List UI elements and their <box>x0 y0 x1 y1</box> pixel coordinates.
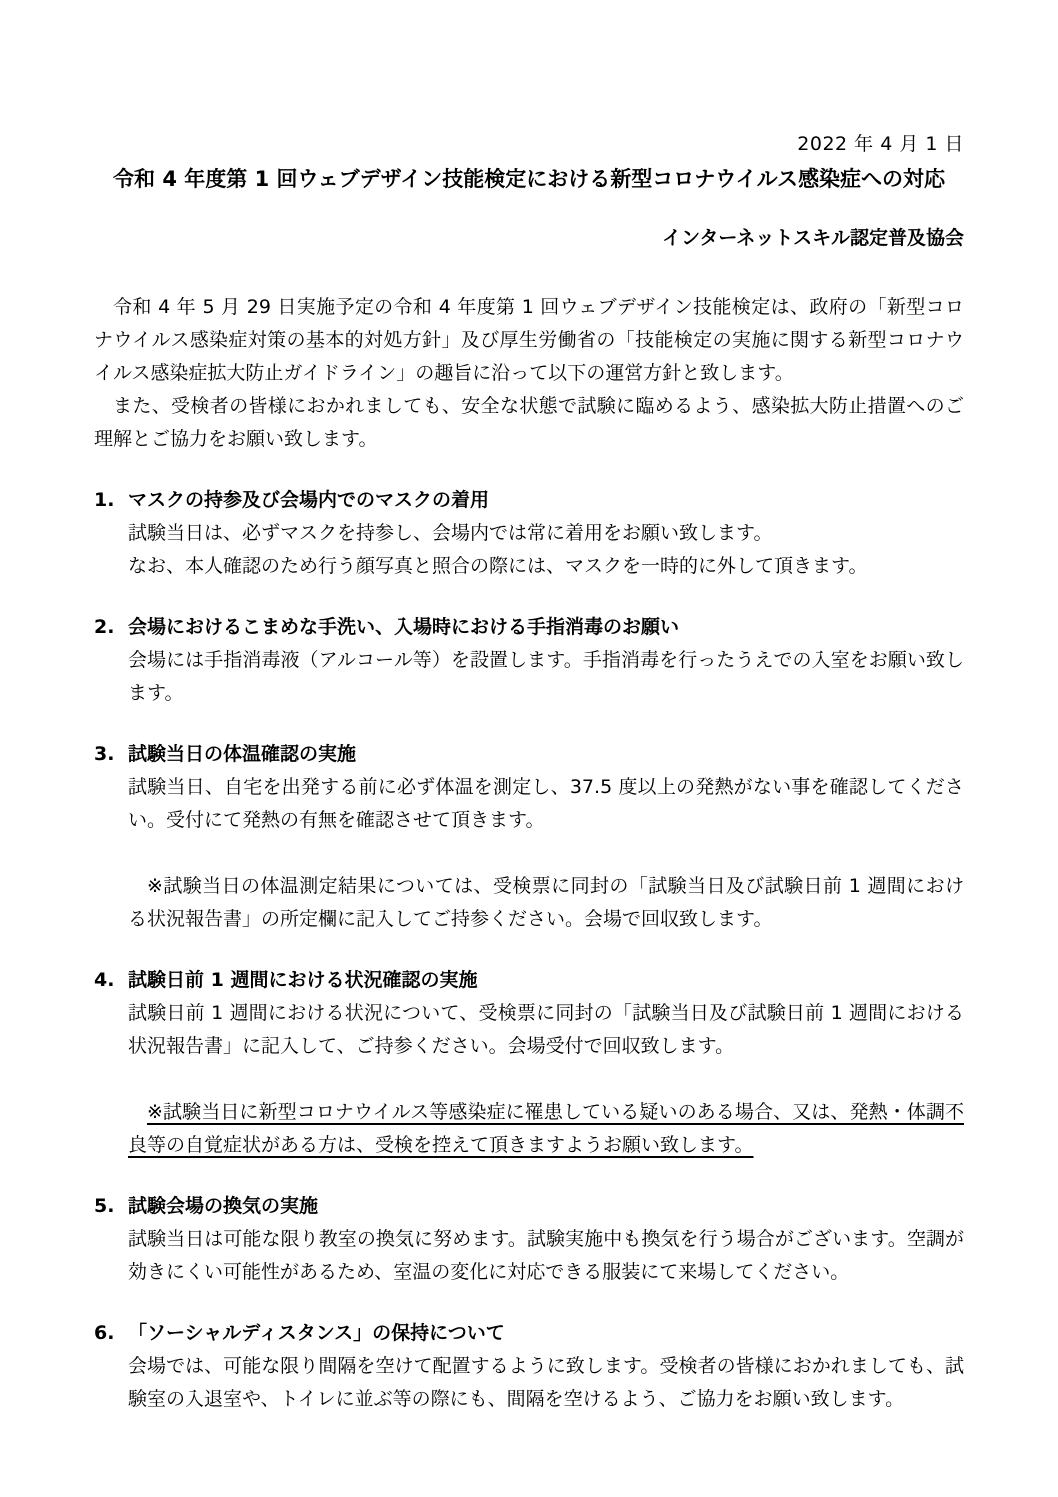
section-body: 会場には手指消毒液（アルコール等）を設置します。手指消毒を行ったうえでの入室をお… <box>128 644 964 710</box>
section-number: 2. <box>94 611 128 644</box>
section-4-week-before-status: 4. 試験日前 1 週間における状況確認の実施 試験日前 1 週間における状況に… <box>94 964 964 1162</box>
section-heading: 試験会場の換気の実施 <box>128 1190 318 1223</box>
section-heading-row: 6. 「ソーシャルディスタンス」の保持について <box>94 1317 964 1350</box>
document-date: 2022 年 4 月 1 日 <box>94 128 964 161</box>
section-number: 4. <box>94 964 128 997</box>
section-heading-row: 4. 試験日前 1 週間における状況確認の実施 <box>94 964 964 997</box>
issuing-organization: インターネットスキル認定普及協会 <box>94 222 964 255</box>
section-note: ※試験当日の体温測定結果については、受検票に同封の「試験当日及び試験日前 1 週… <box>128 870 964 936</box>
section-heading-row: 1. マスクの持参及び会場内でのマスクの着用 <box>94 484 964 517</box>
section-heading: 試験当日の体温確認の実施 <box>128 738 356 771</box>
section-heading-row: 2. 会場におけるこまめな手洗い、入場時における手指消毒のお願い <box>94 611 964 644</box>
section-body: 試験当日は可能な限り教室の換気に努めます。試験実施中も換気を行う場合がございます… <box>128 1223 964 1289</box>
section-text: 会場には手指消毒液（アルコール等）を設置します。手指消毒を行ったうえでの入室をお… <box>128 644 964 710</box>
section-body: 試験当日は、必ずマスクを持参し、会場内では常に着用をお願い致します。 なお、本人… <box>128 517 964 583</box>
section-body: 試験日前 1 週間における状況について、受検票に同封の「試験当日及び試験日前 1… <box>128 997 964 1162</box>
section-heading: 「ソーシャルディスタンス」の保持について <box>128 1317 505 1350</box>
section-text: 試験当日は可能な限り教室の換気に努めます。試験実施中も換気を行う場合がございます… <box>128 1223 964 1289</box>
section-text: 会場では、可能な限り間隔を空けて配置するように致します。受検者の皆様におかれまし… <box>128 1350 964 1416</box>
section-note-underlined: ※試験当日に新型コロナウイルス等感染症に罹患している疑いのある場合、又は、発熱・… <box>128 1096 964 1162</box>
section-heading: 試験日前 1 週間における状況確認の実施 <box>128 964 477 997</box>
section-1-mask: 1. マスクの持参及び会場内でのマスクの着用 試験当日は、必ずマスクを持参し、会… <box>94 484 964 583</box>
section-heading-row: 5. 試験会場の換気の実施 <box>94 1190 964 1223</box>
section-text-line: 試験当日は、必ずマスクを持参し、会場内では常に着用をお願い致します。 <box>128 517 964 550</box>
section-number: 5. <box>94 1190 128 1223</box>
section-heading: マスクの持参及び会場内でのマスクの着用 <box>128 484 489 517</box>
section-number: 1. <box>94 484 128 517</box>
section-6-social-distance: 6. 「ソーシャルディスタンス」の保持について 会場では、可能な限り間隔を空けて… <box>94 1317 964 1416</box>
section-text: 試験日前 1 週間における状況について、受検票に同封の「試験当日及び試験日前 1… <box>128 997 964 1063</box>
section-number: 3. <box>94 738 128 771</box>
section-number: 6. <box>94 1317 128 1350</box>
section-text: 試験当日、自宅を出発する前に必ず体温を測定し、37.5 度以上の発熱がない事を確… <box>128 771 964 837</box>
section-3-temperature-check: 3. 試験当日の体温確認の実施 試験当日、自宅を出発する前に必ず体温を測定し、3… <box>94 738 964 936</box>
section-heading: 会場におけるこまめな手洗い、入場時における手指消毒のお願い <box>128 611 679 644</box>
intro-paragraph: また、受検者の皆様におかれましても、安全な状態で試験に臨めるよう、感染拡大防止措… <box>94 390 964 456</box>
document-title: 令和 4 年度第 1 回ウェブデザイン技能検定における新型コロナウイルス感染症へ… <box>94 163 964 196</box>
intro-paragraph: 令和 4 年 5 月 29 日実施予定の令和 4 年度第 1 回ウェブデザイン技… <box>94 291 964 390</box>
section-2-hand-sanitizing: 2. 会場におけるこまめな手洗い、入場時における手指消毒のお願い 会場には手指消… <box>94 611 964 710</box>
section-heading-row: 3. 試験当日の体温確認の実施 <box>94 738 964 771</box>
section-5-ventilation: 5. 試験会場の換気の実施 試験当日は可能な限り教室の換気に努めます。試験実施中… <box>94 1190 964 1289</box>
intro-block: 令和 4 年 5 月 29 日実施予定の令和 4 年度第 1 回ウェブデザイン技… <box>94 291 964 456</box>
section-body: 会場では、可能な限り間隔を空けて配置するように致します。受検者の皆様におかれまし… <box>128 1350 964 1416</box>
section-text-line: なお、本人確認のため行う顔写真と照合の際には、マスクを一時的に外して頂きます。 <box>128 550 964 583</box>
document-page: 2022 年 4 月 1 日 令和 4 年度第 1 回ウェブデザイン技能検定にお… <box>0 0 1058 1497</box>
section-body: 試験当日、自宅を出発する前に必ず体温を測定し、37.5 度以上の発熱がない事を確… <box>128 771 964 936</box>
